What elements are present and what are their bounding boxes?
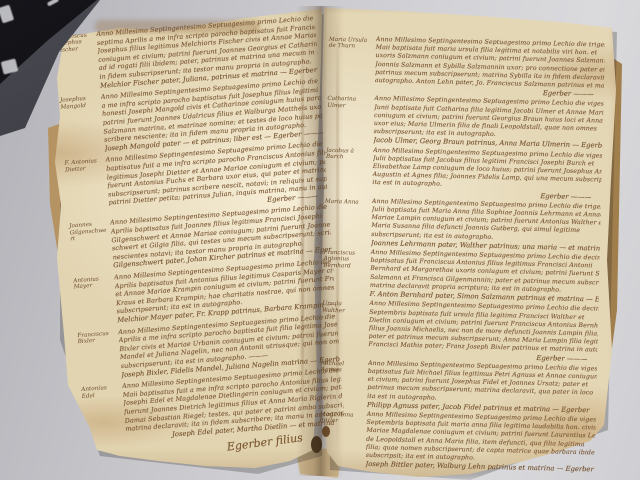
- register-entry: Jacobus à Burch Anno Millesimo Septingen…: [372, 147, 602, 202]
- margin-name: Antonius Edel: [81, 384, 119, 399]
- margin-name: Maria Anna Bittler: [319, 412, 361, 426]
- margin-name: Ursula Walther: [322, 301, 364, 315]
- entry-text: Anno Millesimo Septingentesimo Septuages…: [368, 300, 598, 355]
- margin-name: Franciscus Bixler: [77, 330, 115, 345]
- left-page-entries: Franciscus Josephus Fischer Anno Millesi…: [96, 14, 346, 458]
- margin-name: F. Antonius Dietter: [65, 158, 103, 173]
- register-entry: Catharina Ulmer Anno Millesimo Septingen…: [373, 95, 603, 150]
- right-page-entries: Maria Ursula de Thurn Anno Millesimo Sep…: [365, 36, 605, 476]
- manuscript-photo: Franciscus Josephus Fischer Anno Millesi…: [0, 0, 640, 480]
- margin-name: Maria Ursula de Thurn: [329, 37, 371, 51]
- margin-name: Jacobus à Burch: [326, 147, 368, 161]
- register-entry: Ursula Walther Anno Millesimo Septingent…: [368, 300, 598, 363]
- entry-text: Anno Millesimo Septingentesimo Septuages…: [370, 249, 600, 296]
- margin-name: Josephus Mangold: [60, 95, 98, 110]
- entry-text: Anno Millesimo Septingentesimo Septuages…: [366, 411, 596, 466]
- margin-name: Michael Agnuss: [321, 360, 363, 374]
- register-entry: Michael Agnuss Anno Millesimo Septingent…: [367, 360, 597, 415]
- entry-text: Anno Millesimo Septingentesimo Septuages…: [375, 36, 605, 91]
- margin-name: Joannes Gilgenschwert: [69, 221, 107, 243]
- margin-name: Antonius Mayer: [73, 276, 111, 291]
- entry-text: Anno Millesimo Septingentesimo Septuages…: [372, 147, 602, 194]
- entry-text: Anno Millesimo Septingentesimo Septuages…: [374, 95, 604, 142]
- register-entry: Maria Anna Bittler Anno Millesimo Septin…: [365, 411, 595, 474]
- entry-text: Anno Millesimo Septingentesimo Septuages…: [367, 360, 597, 407]
- margin-name: Catharina Ulmer: [327, 96, 369, 110]
- entry-text: Anno Millesimo Septingentesimo Septuages…: [371, 198, 601, 245]
- register-entry: Maria Anna Anno Millesimo Septingentesim…: [371, 198, 601, 253]
- register-entry: Maria Ursula de Thurn Anno Millesimo Sep…: [375, 36, 605, 99]
- margin-name: Maria Anna: [325, 199, 367, 206]
- register-entry: Franciscus Antonius Bernhard Anno Milles…: [370, 249, 600, 304]
- margin-name: Franciscus Antonius Bernhard: [323, 250, 365, 270]
